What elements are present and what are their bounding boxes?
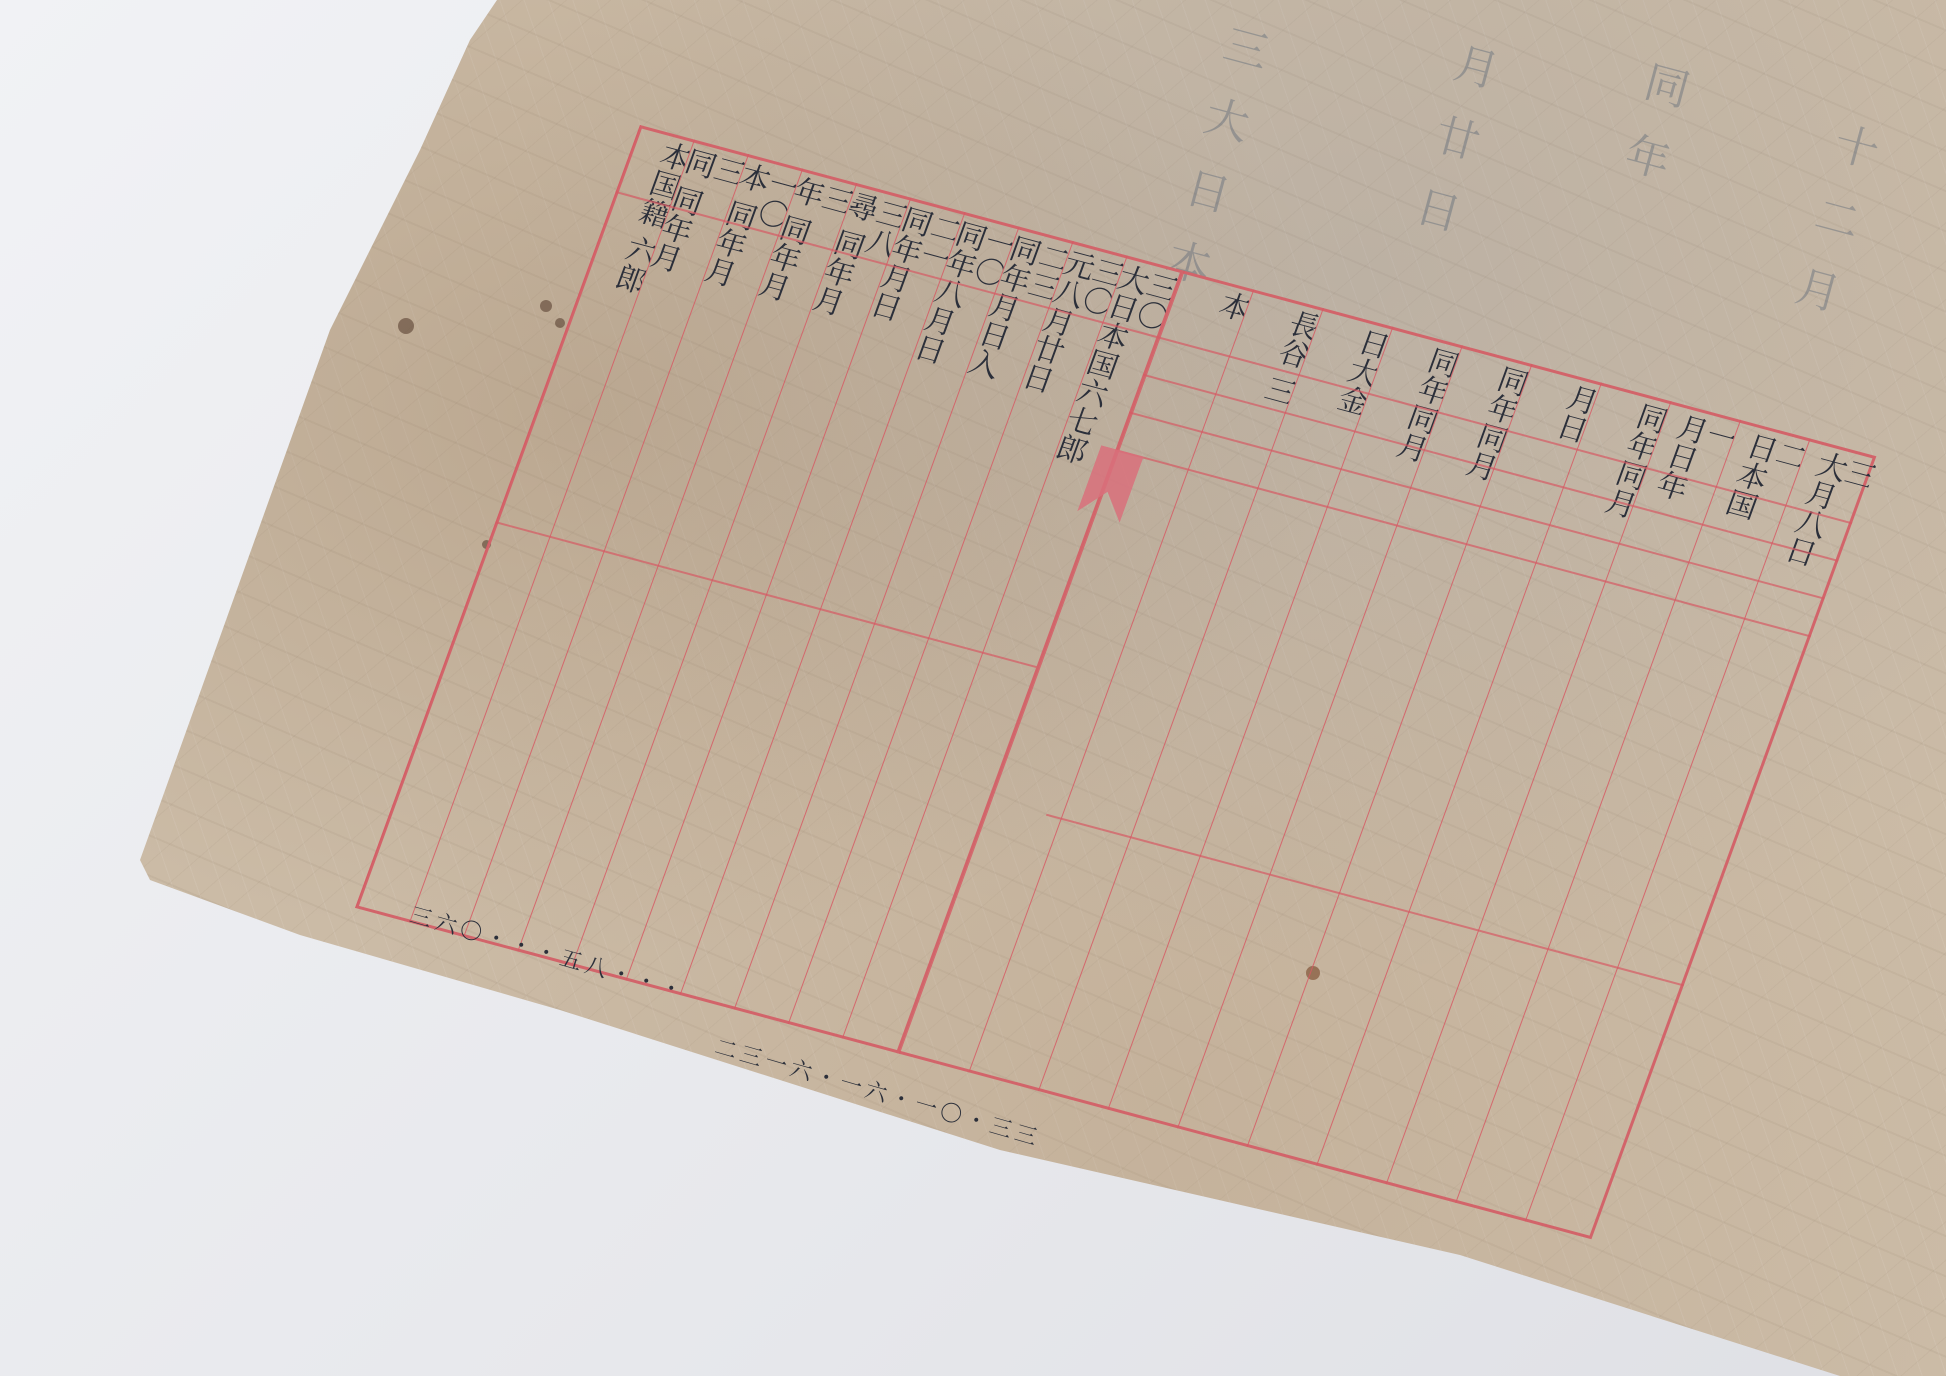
ink-stain — [555, 318, 565, 328]
ghost-text: 同 年 — [1605, 54, 1699, 192]
ghost-text: 三 大 日 本 — [1146, 16, 1279, 297]
paper-sheet: 三 大 日 本 月 廿 日 同 年 十 二 月 三〇大日本国六七郎 三〇元八月廿… — [0, 0, 1946, 1376]
ghost-text: 月 廿 日 — [1395, 35, 1509, 245]
ghost-text: 十 二 月 — [1775, 115, 1889, 325]
ink-stain — [540, 300, 552, 312]
ink-stain — [398, 318, 414, 334]
ledger-grid: 三〇大日本国六七郎 三〇元八月廿日 二三同年月日入 一〇同年八月日 二一同年月日… — [355, 125, 1876, 1239]
